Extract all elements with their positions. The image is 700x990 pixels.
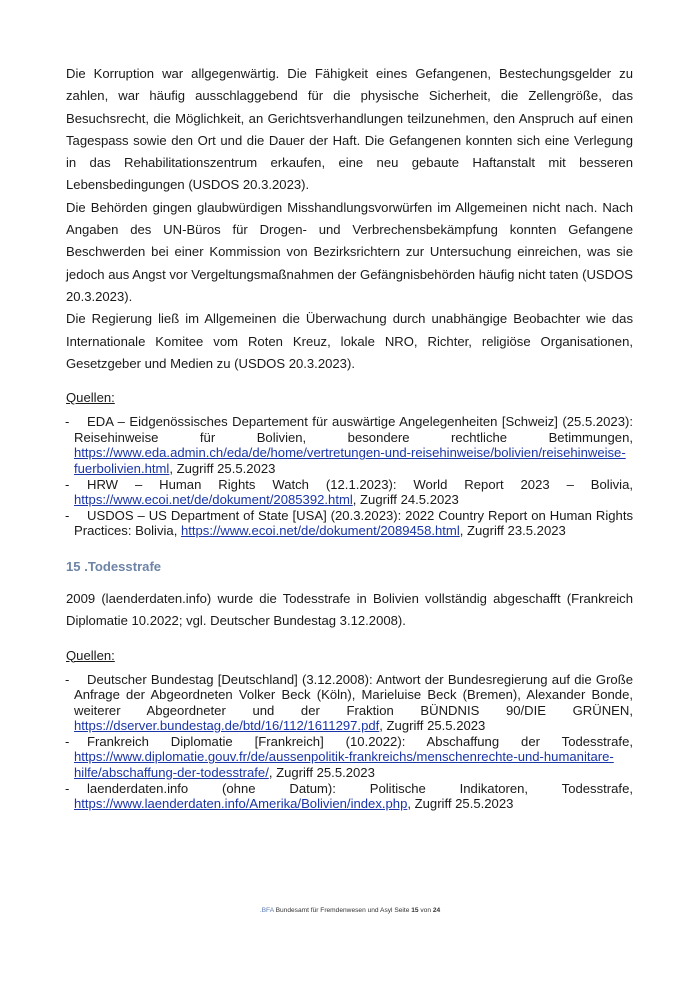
source-item: -HRW – Human Rights Watch (12.1.2023): W… xyxy=(66,477,633,508)
list-dash: - xyxy=(65,672,69,688)
source-text: HRW – Human Rights Watch (12.1.2023): Wo… xyxy=(87,477,633,492)
source-access-date: , Zugriff 25.5.2023 xyxy=(169,461,275,476)
footer-of: von xyxy=(419,907,433,914)
source-item: -Deutscher Bundestag [Deutschland] (3.12… xyxy=(66,672,633,734)
source-access-date: , Zugriff 24.5.2023 xyxy=(353,492,459,507)
source-text: laenderdaten.info (ohne Datum): Politisc… xyxy=(87,781,633,796)
list-dash: - xyxy=(65,477,69,493)
list-dash: - xyxy=(65,414,69,430)
bfa-logo: .BFA xyxy=(260,907,274,914)
source-text: EDA – Eidgenössisches Departement für au… xyxy=(74,414,633,445)
source-text: Deutscher Bundestag [Deutschland] (3.12.… xyxy=(74,672,633,718)
source-item: -EDA – Eidgenössisches Departement für a… xyxy=(66,414,633,476)
source-item: -Frankreich Diplomatie [Frankreich] (10.… xyxy=(66,734,633,781)
sources-label: Quellen: xyxy=(66,647,633,665)
sources-label: Quellen: xyxy=(66,389,633,407)
body-paragraph: Die Korruption war allgegenwärtig. Die F… xyxy=(66,63,633,197)
source-link[interactable]: https://www.eda.admin.ch/eda/de/home/ver… xyxy=(74,445,626,476)
source-link[interactable]: https://www.ecoi.net/de/dokument/2085392… xyxy=(74,492,353,507)
source-item: -laenderdaten.info (ohne Datum): Politis… xyxy=(66,781,633,812)
list-dash: - xyxy=(65,781,69,797)
source-access-date: , Zugriff 25.5.2023 xyxy=(379,718,485,733)
section-heading: 15 .Todesstrafe xyxy=(66,558,633,576)
sources-list: -EDA – Eidgenössisches Departement für a… xyxy=(66,414,633,539)
source-link[interactable]: https://dserver.bundestag.de/btd/16/112/… xyxy=(74,718,379,733)
source-text: Frankreich Diplomatie [Frankreich] (10.2… xyxy=(87,734,633,749)
source-access-date: , Zugriff 23.5.2023 xyxy=(460,523,566,538)
list-dash: - xyxy=(65,734,69,750)
page-footer: .BFA Bundesamt für Fremdenwesen und Asyl… xyxy=(0,907,700,914)
source-link[interactable]: https://www.laenderdaten.info/Amerika/Bo… xyxy=(74,796,407,811)
source-access-date: , Zugriff 25.5.2023 xyxy=(269,765,375,780)
sources-list: -Deutscher Bundestag [Deutschland] (3.12… xyxy=(66,672,633,812)
page-total: 24 xyxy=(433,907,440,914)
source-item: -USDOS – US Department of State [USA] (2… xyxy=(66,508,633,539)
source-access-date: , Zugriff 25.5.2023 xyxy=(407,796,513,811)
footer-org: Bundesamt für Fremdenwesen und Asyl Seit… xyxy=(274,907,411,914)
list-dash: - xyxy=(65,508,69,524)
source-link[interactable]: https://www.ecoi.net/de/dokument/2089458… xyxy=(181,523,460,538)
body-paragraph: Die Regierung ließ im Allgemeinen die Üb… xyxy=(66,308,633,375)
body-paragraph: Die Behörden gingen glaubwürdigen Missha… xyxy=(66,197,633,308)
page-number: 15 xyxy=(411,907,418,914)
document-page: Die Korruption war allgegenwärtig. Die F… xyxy=(66,63,633,812)
section-paragraph: 2009 (laenderdaten.info) wurde die Todes… xyxy=(66,588,633,633)
